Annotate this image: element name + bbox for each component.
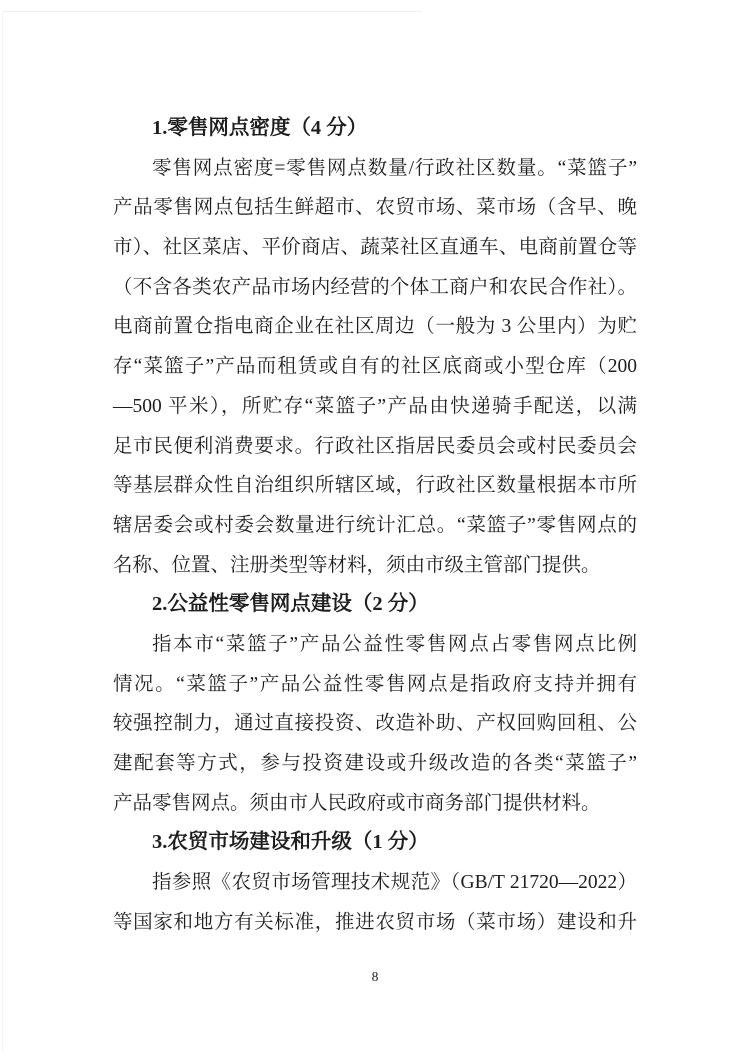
page-edge-artifact-left — [2, 11, 3, 1051]
text-line: 产品零售网点。须由市人民政府或市商务部门提供材料。 — [113, 784, 637, 824]
text-line: 情况。“菜篮子”产品公益性零售网点是指政府支持并拥有 — [113, 665, 637, 705]
section-heading: 3.农贸市场建设和升级（1 分） — [113, 823, 637, 863]
section-heading: 2.公益性零售网点建设（2 分） — [113, 585, 637, 625]
text-line: 名称、位置、注册类型等材料，须由市级主管部门提供。 — [113, 546, 637, 586]
text-line: 市）、社区菜店、平价商店、蔬菜社区直通车、电商前置仓等 — [113, 228, 637, 268]
text-line: （不含各类农产品市场内经营的个体工商户和农民合作社）。 — [113, 268, 637, 308]
text-line: 产品零售网点包括生鲜超市、农贸市场、菜市场（含早、晚 — [113, 188, 637, 228]
page-number: 8 — [372, 969, 379, 984]
text-line: 指参照《农贸市场管理技术规范》（GB/T 21720—2022） — [113, 863, 637, 903]
text-line: 较强控制力，通过直接投资、改造补助、产权回购回租、公 — [113, 704, 637, 744]
text-line: 足市民便利消费要求。行政社区指居民委员会或村民委员会 — [113, 427, 637, 467]
text-line: 指本市“菜篮子”产品公益性零售网点占零售网点比例 — [113, 625, 637, 665]
text-line: 等基层群众性自治组织所辖区域，行政社区数量根据本市所 — [113, 466, 637, 506]
text-line: 辖居委会或村委会数量进行统计汇总。“菜篮子”零售网点的 — [113, 506, 637, 546]
text-line: 存“菜篮子”产品而租赁或自有的社区底商或小型仓库（200 — [113, 347, 637, 387]
text-line: 零售网点密度=零售网点数量/行政社区数量。“菜篮子” — [113, 149, 637, 189]
text-line: —500 平米），所贮存“菜篮子”产品由快递骑手配送，以满 — [113, 387, 637, 427]
document-page: 1.零售网点密度（4 分）零售网点密度=零售网点数量/行政社区数量。“菜篮子”产… — [0, 0, 750, 1060]
section-heading: 1.零售网点密度（4 分） — [113, 109, 637, 149]
page-footer: 8 — [0, 962, 750, 992]
text-line: 等国家和地方有关标准，推进农贸市场（菜市场）建设和升 — [113, 903, 637, 943]
document-content: 1.零售网点密度（4 分）零售网点密度=零售网点数量/行政社区数量。“菜篮子”产… — [113, 109, 637, 942]
text-line: 电商前置仓指电商企业在社区周边（一般为 3 公里内）为贮 — [113, 307, 637, 347]
page-edge-artifact-top — [2, 11, 422, 12]
text-line: 建配套等方式，参与投资建设或升级改造的各类“菜篮子” — [113, 744, 637, 784]
